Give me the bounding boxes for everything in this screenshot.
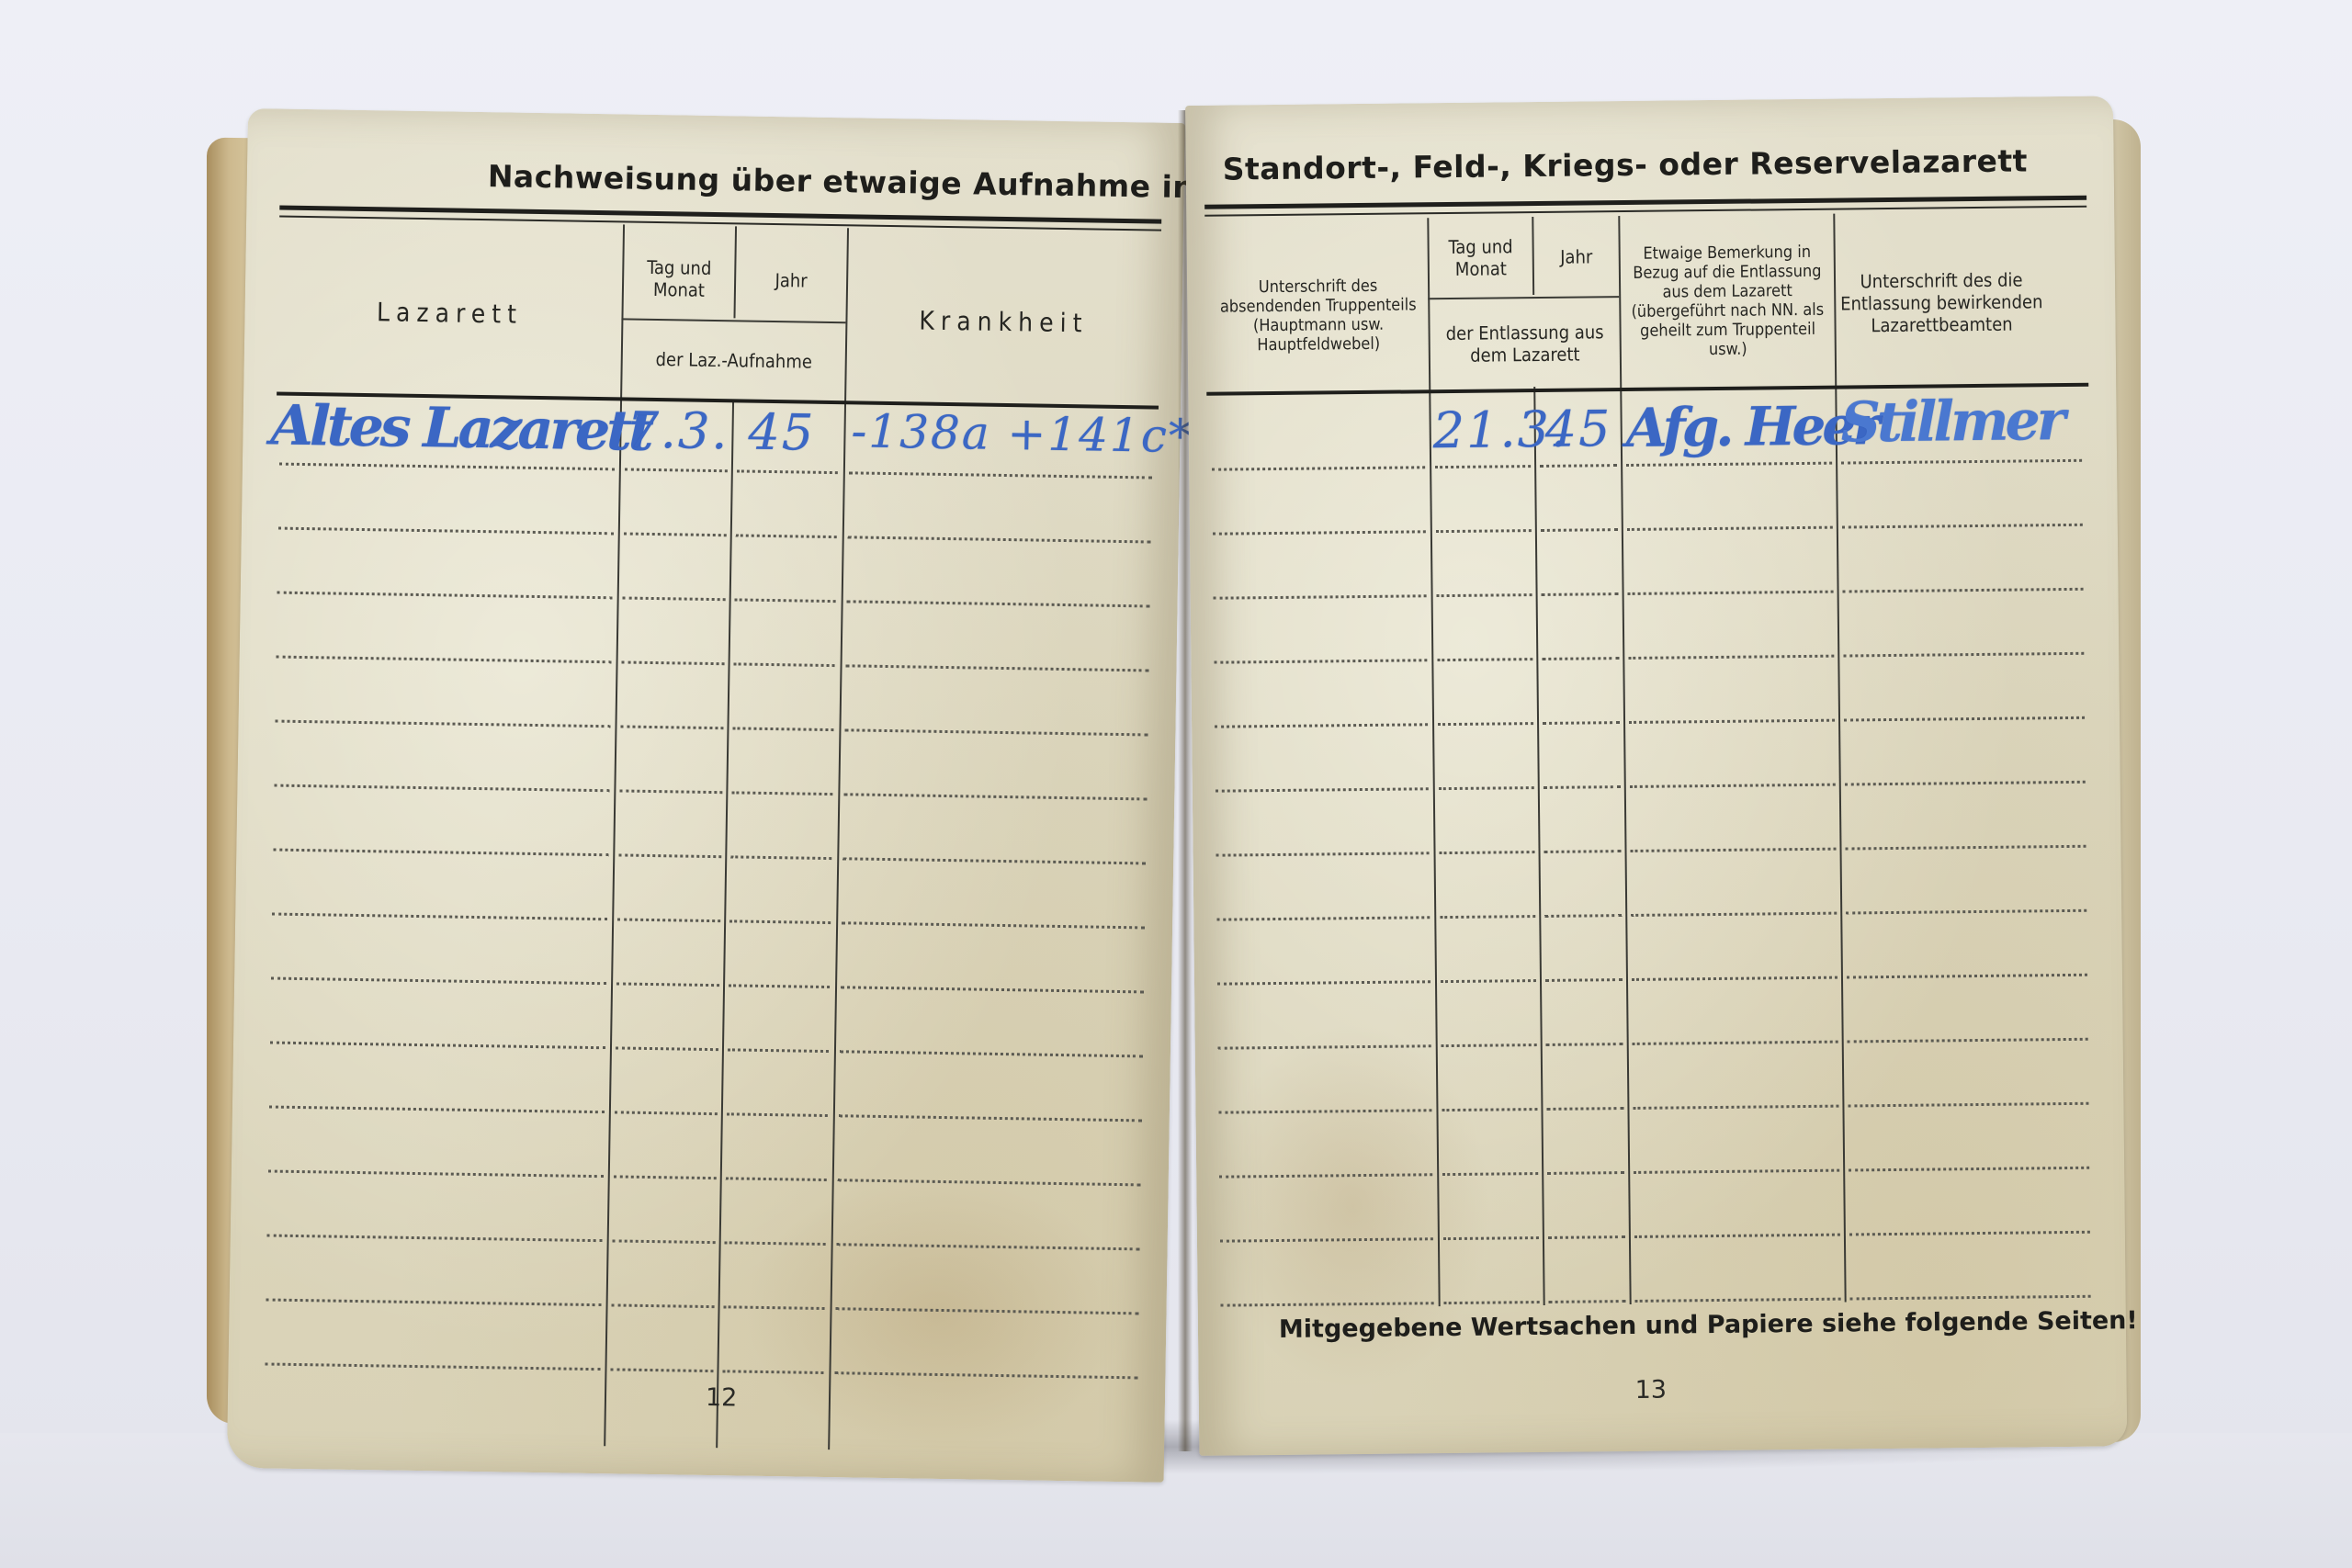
header-laz-aufnahme: der Laz.-Aufnahme [622,321,845,399]
column-divider [716,400,734,1448]
header-jahr: Jahr [735,240,846,320]
handwritten-bemerkung: Afg. Heer [1625,394,1877,459]
handwritten-jahr: 45 [748,403,816,462]
ruled-rows [1185,96,2113,106]
page-title-left: Nachweisung über etwaige Aufnahme in ein [488,158,1261,206]
entry-row: 21.3. 45 Afg. Heer Stillmer [1185,96,2113,106]
header-tag-monat: Tag und Monat [1429,220,1532,296]
page-title-right: Standort-, Feld-, Kriegs- oder Reservela… [1223,142,2029,186]
header-unterschrift-truppenteil: Unterschrift des absendenden Truppenteil… [1210,241,1428,389]
header-entlassung: der Entlassung aus dem Lazarett [1430,299,1620,388]
header-tag-monat: Tag und Monat [623,238,734,318]
column-divider [1533,387,1544,1305]
page-number-13: 13 [1635,1376,1668,1404]
header-krankheit: Krankheit [846,237,1161,407]
handwritten-lazarett: Altes Lazarett [270,393,650,463]
page-13: Standort-, Feld-, Kriegs- oder Reservela… [1185,96,2127,1455]
handwritten-signature: Stillmer [1840,389,2062,456]
header-lazarett: Lazarett [277,229,623,400]
handwritten-jahr: 45 [1544,400,1611,458]
handwritten-tag-monat: 7.3. [627,401,729,461]
ruled-rows [248,108,1185,123]
handwritten-krankheit: -138a +141c* [851,404,1193,463]
title-rule-thick [279,206,1161,224]
page-number-12: 12 [706,1383,738,1413]
entry-row: Altes Lazarett 7.3. 45 -138a +141c* [248,108,1185,123]
page-12: Nachweisung über etwaige Aufnahme in ein… [227,108,1185,1483]
header-unterschrift-beamten: Unterschrift des die Entlassung bewirken… [1835,220,2048,383]
header-jahr: Jahr [1533,219,1619,295]
header-bemerkung: Etwaige Bemerkung in Bezug auf die Entla… [1620,217,1835,386]
